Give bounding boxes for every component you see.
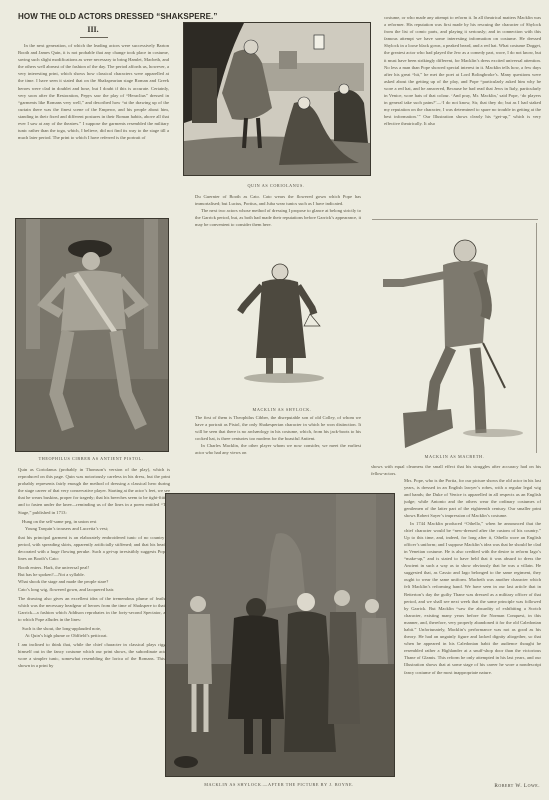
illustration-quin-coriolanus (183, 22, 371, 176)
illustration-macklin-shylock-small (222, 258, 342, 388)
paragraph: The next two actors whose method of dres… (195, 207, 361, 228)
paragraph: Mrs. Pope, who is the Portia, for our pi… (404, 477, 541, 520)
engraving-quin-coriolanus-icon (184, 23, 370, 175)
column-right-top: costume, or who made any attempt to refo… (384, 14, 541, 218)
illustration-macklin-shylock-boyne (165, 493, 395, 777)
engraving-macklin-shylock-icon (222, 258, 342, 388)
paragraph: that his principal garment is an elabora… (18, 534, 170, 562)
column-left-bottom: Quin as Coriolanus (probably in Thomson’… (18, 466, 170, 800)
paragraph: shows with equal clearness the small eff… (371, 463, 541, 477)
engraving-court-scene-icon (166, 494, 394, 776)
engraving-macklin-macbeth-icon (373, 223, 536, 453)
engraving-cibber-pistol-icon (16, 219, 168, 451)
paragraph: In 1744 Macklin produced “Othello,” when… (404, 520, 541, 676)
paragraph: In Charles Macklin, the other player who… (195, 442, 361, 456)
illustration-cibber-pistol (15, 218, 169, 452)
headline-rule (80, 37, 108, 38)
column-divider-rule (372, 219, 538, 220)
article-headline: HOW THE OLD ACTORS DRESSED “SHAKSPERE.” (18, 12, 170, 21)
author-signature: Robert W. Lowe. (460, 783, 540, 789)
caption-macklin-macbeth: Macklin as Macbeth. (373, 454, 536, 459)
paragraph: The drawing also gives an excellent idea… (18, 595, 170, 623)
caption-quin-coriolanus: Quin as Coriolanus. (183, 183, 369, 188)
caption-macklin-shylock-small: Macklin as Shylock. (222, 407, 342, 412)
column-left-top: In the next generation, of which the lea… (18, 42, 169, 214)
newspaper-page: HOW THE OLD ACTORS DRESSED “SHAKSPERE.” … (0, 0, 549, 800)
verse-quote-quin-plume: Such is the shout, the long-applauded no… (22, 625, 170, 639)
column-right-wide: shows with equal clearness the small eff… (371, 463, 541, 478)
verse-quote-pope-cato: Booth enters. Hark, the universal peal! … (18, 564, 170, 592)
paragraph: costume, or who made any attempt to refo… (384, 14, 541, 128)
illustration-macklin-macbeth (373, 223, 537, 453)
caption-macklin-shylock-boyne: Macklin as Shylock.—After the picture by… (165, 782, 393, 787)
paragraph: The first of them is Theophilus Cibber, … (195, 414, 361, 442)
column-middle-mid: The first of them is Theophilus Cibber, … (195, 414, 361, 480)
caption-cibber-pistol: Theophilus Cibber as Antient Pistol. (15, 456, 167, 461)
column-right-bottom: Mrs. Pope, who is the Portia, for our pi… (404, 477, 541, 783)
paragraph: Quin as Coriolanus (probably in Thomson’… (18, 466, 170, 516)
column-middle-top: Du Guernier of Booth as Cato. Cato wears… (195, 193, 361, 245)
article-part-number: III. (18, 25, 168, 34)
paragraph: I am inclined to think that, while the c… (18, 641, 170, 669)
verse-quote-stage: Hung on the self-same peg, in union rest… (22, 518, 170, 532)
paragraph: Du Guernier of Booth as Cato. Cato wears… (195, 193, 361, 207)
paragraph: In the next generation, of which the lea… (18, 42, 169, 141)
